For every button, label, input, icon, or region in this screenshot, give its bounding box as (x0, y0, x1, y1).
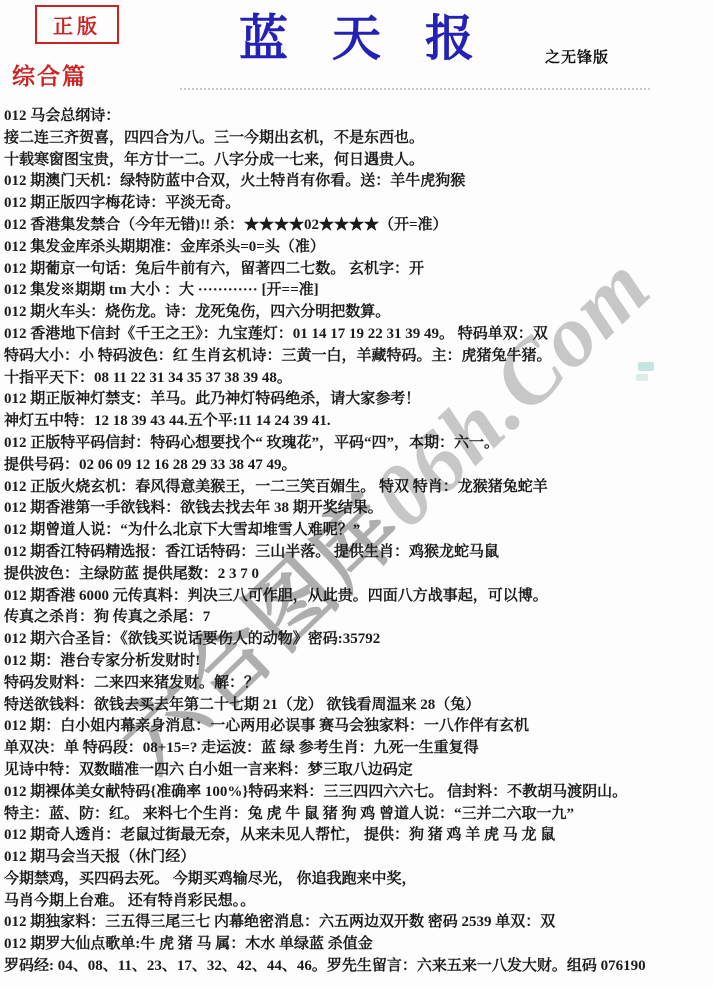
report-line: 012 香港地下信封《千王之王》：九宝莲灯：01 14 17 19 22 31 … (4, 324, 711, 346)
report-line: 提供号码：02 06 09 12 16 28 29 33 38 47 49。 (4, 455, 711, 477)
report-line: 012 期香港 6000 元传真料：判决三八可作胆，从此贵。四面八方战事起，可以… (4, 586, 711, 608)
report-line: 012 集发※期期 tm 大小 ：大 ············ [开==准] (4, 280, 711, 302)
report-line: 特码大小：小 特码波色：红 生肖玄机诗：三黄一白，羊藏特码。主：虎猪兔牛猪。 (4, 346, 711, 368)
report-line: 012 期独家料：三五得三尾三七 内幕绝密消息：六五两边双开数 密码 2539 … (4, 912, 711, 934)
report-line: 012 期澳门天机：绿特防蓝中合双，火土特肖有你看。送：羊牛虎狗猴 (4, 171, 711, 193)
report-line: 提供波色：主绿防蓝 提供尾数：2 3 7 0 (4, 564, 711, 586)
report-line: 012 期裸体美女献特码{准确率 100%}特码来料：三三四四六六七。 信封料：… (4, 782, 711, 804)
tips-text-block: 012 马会总纲诗：接二连三齐贺喜，四四合为八。三一今期出玄机，不是东西也。十载… (4, 106, 711, 978)
report-line: 012 正版特平码信封：特码心想要找个“ 玫瑰花”，平码“四”，本期：六一。 (4, 433, 711, 455)
report-line: 012 期葡京一句话：兔后牛前有六，留著四二七数。 玄机字：开 (4, 259, 711, 281)
report-line: 012 期：白小姐内幕亲身消息：一心两用必误事 赛马会独家料：一八作伴有玄机 (4, 716, 711, 738)
report-line: 012 期香港第一手欲钱料：欲钱去找去年 38 期开奖结果。 (4, 498, 711, 520)
edition-label: 之无锋版 (545, 46, 609, 67)
report-line: 012 期奇人透肖：老鼠过街最无奈，从来未见人帮忙， 提供：狗 猪 鸡 羊 虎 … (4, 825, 711, 847)
report-line: 012 集发金库杀头期期准：金库杀头=0=头（准） (4, 237, 711, 259)
report-line: 特码发财料：二来四来猪发财。解：？ (4, 673, 711, 695)
report-line: 012 香港集发禁合（今年无错)!! 杀：★★★★02★★★★（开=准） (4, 215, 711, 237)
report-line: 见诗中特：双数瞄准一四六 白小姐一言来料：梦三取八边码定 (4, 760, 711, 782)
report-line: 012 正版火烧玄机：春风得意美猴王，一二三笑百媚生。 特双 特肖：龙猴猪兔蛇羊 (4, 477, 711, 499)
report-line: 接二连三齐贺喜，四四合为八。三一今期出玄机，不是东西也。 (4, 128, 711, 150)
report-line: 012 期正版神灯禁支：羊马。此乃神灯特码绝杀，请大家参考！ (4, 389, 711, 411)
report-line: 012 期六合圣旨：《欲钱买说话要伤人的动物》密码:35792 (4, 629, 711, 651)
report-line: 特送欲钱料：欲钱去买去年第二十七期 21（龙） 欲钱看周温来 28（兔） (4, 695, 711, 717)
section-title: 综合篇 (12, 58, 87, 91)
report-line: 012 期：港台专家分析发财时! (4, 651, 711, 673)
report-line: 012 期正版四字梅花诗：平淡无奇。 (4, 193, 711, 215)
report-line: 罗码经: 04、08、11、23、17、32、42、44、46。罗先生留言：六来… (4, 956, 711, 978)
newspaper-page: 六合图库06h.Com 正版 蓝天报 之无锋版 综合篇 012 马会总纲诗：接二… (0, 0, 713, 987)
report-line: 今期禁鸡，买四码去死。 今期买鸡输尽光， 你追我跑来中奖， (4, 869, 711, 891)
report-line: 特主：蓝、防：红。 来料七个生肖：兔 虎 牛 鼠 猪 狗 鸡 曾道人说：“三并二… (4, 804, 711, 826)
report-line: 马肖今期上台难。 还有特肖彩民想。。 (4, 891, 711, 913)
report-line: 012 期罗大仙点歌单:牛 虎 猪 马 属：木水 单绿蓝 杀值金 (4, 934, 711, 956)
report-line: 012 期火车头：烧伤龙。诗：龙死兔伤，四六分明把数算。 (4, 302, 711, 324)
report-line: 十载寒窗图宝贵，年方廿一二。八字分成一七来，何日遇贵人。 (4, 150, 711, 172)
report-line: 传真之杀肖：狗 传真之杀尾：7 (4, 607, 711, 629)
report-line: 012 期香江特码精选报：香江话特码：三山半落。 提供生肖：鸡猴龙蛇马鼠 (4, 542, 711, 564)
report-line: 012 期马会当天报（休门经） (4, 847, 711, 869)
report-line: 十指平天下：08 11 22 31 34 35 37 38 39 48。 (4, 368, 711, 390)
report-line: 012 马会总纲诗： (4, 106, 711, 128)
report-line: 单双决：单 特码段：08+15=? 走运波：蓝 绿 参考生肖：九死一生重复得 (4, 738, 711, 760)
report-line: 012 期曾道人说：“为什么北京下大雪却堆雪人难呢？” (4, 520, 711, 542)
report-line: 神灯五中特：12 18 39 43 44.五个平:11 14 24 39 41. (4, 411, 711, 433)
dotted-separator (180, 88, 650, 90)
